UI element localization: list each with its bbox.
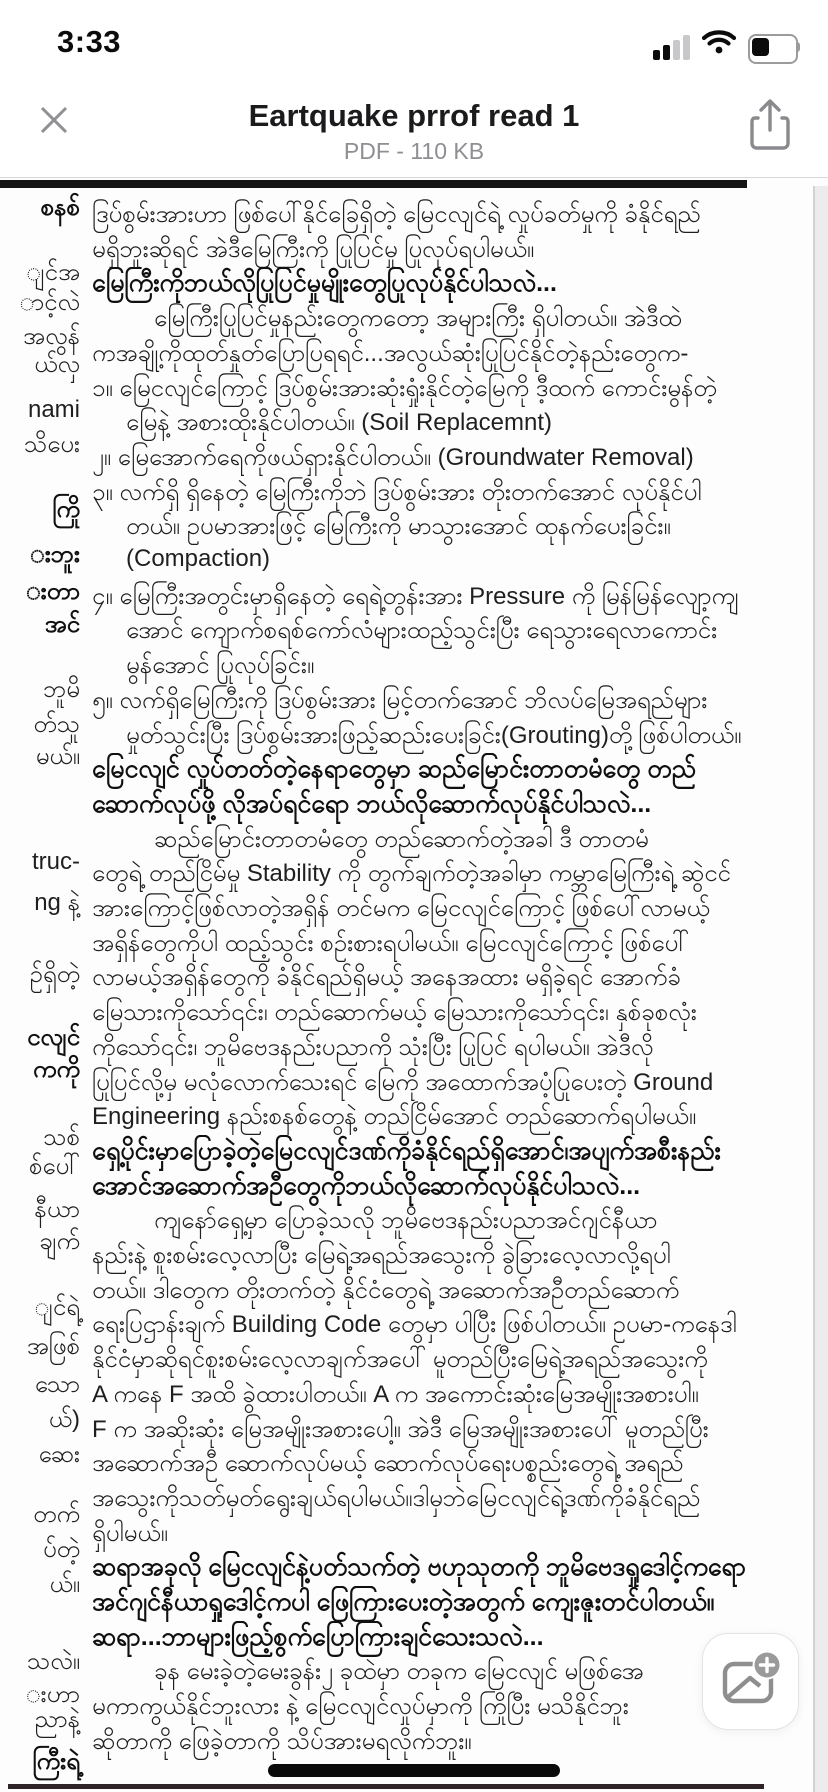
- left-edge-text-fragment: အင်: [0, 608, 80, 644]
- left-edge-text-fragment: ညာနဲ့: [0, 1703, 80, 1739]
- left-edge-text-fragment: ဆေး: [0, 1438, 80, 1474]
- text-line: မှုတ်သွင်းပြီး ဒြပ်စွမ်းအားဖြည့်ဆည်းပေးခ…: [126, 719, 741, 755]
- text-line: နိုင်ငံမှာဆိုရင်စူးစမ်းလေ့လာချက်အပေါ် မူ…: [92, 1343, 708, 1379]
- text-line: အသွေးကိုသတ်မှတ်ရွေးချယ်ရပါမယ်။ဒါမှဘဲမြေင…: [92, 1482, 700, 1518]
- text-line: အောင် ကျောက်စရစ်ကော်လံများထည့်သွင်းပြီး …: [126, 614, 717, 650]
- left-edge-text-fragment: နီယာ: [0, 1193, 80, 1229]
- left-edge-text-fragment: ချက်: [0, 1225, 80, 1261]
- page-bottom-edge: [8, 1784, 764, 1789]
- battery-icon: [748, 34, 800, 60]
- text-line: တွေရဲ့ တည်ငြိမ်မှု Stability ကို တွက်ချက…: [92, 857, 731, 893]
- left-edge-text-fragment: းတာ: [0, 575, 80, 611]
- text-line: ဆိုတာကို ဖြေခဲ့တာကို သိပ်အားမရလိုက်ဘူး။: [92, 1725, 472, 1761]
- text-line: မြေသားကိုသော်၎င်း၊ တည်ဆောက်မယ့် မြေသားကိ…: [92, 996, 697, 1032]
- text-line: မြေကြီးပြုပြင်မှုနည်းတွေကတော့ အများကြီး …: [154, 302, 682, 338]
- left-edge-text-fragment: ယ်။: [0, 1568, 80, 1604]
- text-line: တယ်။ ဒါတွေက တိုးတက်တဲ့ နိုင်ငံတွေရဲ့ အဆေ…: [92, 1274, 679, 1310]
- text-line: ၅။ လက်ရှိမြေကြီးကို ဒြပ်စွမ်းအား မြင့်တက…: [92, 684, 707, 720]
- text-line: အဆောက်အဦ ဆောက်လုပ်မယ့် ဆောက်လုပ်ရေးပစ္စည…: [92, 1447, 683, 1483]
- text-line: (Compaction): [126, 545, 270, 573]
- home-indicator[interactable]: [268, 1764, 560, 1777]
- text-line: ဆရာ...ဘာများဖြည့်စွက်ပြောကြားချင်သေးသလဲ.…: [92, 1621, 544, 1658]
- left-edge-text-fragment: သလဲ။: [0, 1645, 80, 1681]
- left-edge-text-fragment: ng နဲ့: [0, 886, 80, 922]
- left-edge-text-fragment: စနစ်: [0, 191, 80, 227]
- text-line: မြေငလျင် လှုပ်တတ်တဲ့နေရာတွေမှာ ဆည်မြောင်…: [92, 753, 696, 790]
- left-edge-text-fragment: ငလျင်: [0, 1021, 80, 1057]
- text-line: A ကနေ F အထိ ခွဲထားပါတယ်။ A က အကောင်းဆုံး…: [92, 1378, 699, 1414]
- left-edge-text-fragment: းဘူး: [0, 538, 80, 574]
- document-title: Eartquake prrof read 1: [0, 98, 828, 134]
- text-line: ပြုပြင်လို့မှ မလုံလောက်သေးရင် မြေကို အထေ…: [92, 1066, 713, 1102]
- page-top-edge: [0, 180, 747, 188]
- document-subtitle: PDF - 110 KB: [0, 138, 828, 165]
- text-line: ကျနော်ရှေ့မှာ ပြောခဲ့သလို ဘူမိဗေဒနည်းပညာ…: [154, 1204, 657, 1240]
- left-edge-text-fragment: သိပေး: [0, 428, 80, 464]
- page-right-margin: [815, 186, 828, 1792]
- text-line: တယ်။ ဥပမာအားဖြင့် မြေကြီးကို မာသွားအောင်…: [126, 510, 671, 546]
- pdf-page[interactable]: စနစ်ျင်အာင့်လဲအလွန်ယ်လှnamiသိပေးကြိုးဘူး…: [0, 178, 828, 1792]
- status-icons: [653, 30, 800, 60]
- left-edge-text-fragment: အဖြစ်: [0, 1330, 80, 1366]
- text-line: အားကြောင့်ဖြစ်လာတဲ့အရှိန် တင်မက မြေငလျင်…: [92, 892, 710, 928]
- text-line: ကအချို့ကိုထုတ်နှုတ်ပြောပြရရင်...အလွယ်ဆုံ…: [92, 337, 688, 373]
- left-edge-text-fragment: မယ်။: [0, 740, 80, 776]
- text-line: ၄။ မြေကြီးအတွင်းမှာရှိနေတဲ့ ရေရဲ့တွန်းအာ…: [92, 580, 739, 616]
- left-edge-text-fragment: တက်: [0, 1498, 80, 1534]
- text-line: ၁။ မြေငလျင်ကြောင့် ဒြပ်စွမ်းအားဆုံးရှုံး…: [92, 372, 717, 408]
- left-edge-text-fragment: ဘူမိ: [0, 673, 80, 709]
- left-edge-text-fragment: ာင့်လဲ: [0, 286, 80, 322]
- left-edge-text-fragment: ကြီးရဲ့: [0, 1745, 80, 1781]
- text-line: ဆည်မြောင်းတာတမံတွေ တည်ဆောက်တဲ့အခါ ဒီ တာတ…: [154, 823, 649, 859]
- text-line: ကိုသော်၎င်း၊ ဘူမိဗေဒနည်းပညာကို သုံးပြီး …: [92, 1031, 653, 1067]
- left-edge-text-fragment: သော: [0, 1368, 80, 1404]
- text-line: အင်ဂျင်နီယာရှုဒေါင့်ကပါ ဖြေကြားပေးတဲ့အတွ…: [92, 1586, 714, 1623]
- pdf-viewer-header: Eartquake prrof read 1 PDF - 110 KB: [0, 90, 828, 178]
- status-time: 3:33: [57, 24, 121, 60]
- text-line: ၂။ မြေအောက်ရေကိုဖယ်ရှားနိုင်ပါတယ်။ (Grou…: [92, 441, 694, 477]
- left-edge-text-fragment: ျင်ရဲ့: [0, 1291, 80, 1327]
- left-edge-text-fragment: တ်သူ: [0, 708, 80, 744]
- text-line: လာမယ့်အရှိန်တွေကို ခံနိုင်ရည်ရှိမယ့် အနေ…: [92, 961, 681, 997]
- text-line: မွန်အောင် ပြုလုပ်ခြင်း။: [126, 649, 314, 685]
- text-line: F က အဆိုးဆုံး မြေအမျိုးအစားပေါ့။ အဲဒီ မြ…: [92, 1413, 709, 1449]
- status-bar: 3:33: [0, 0, 828, 90]
- left-edge-text-fragment: nami: [0, 396, 80, 424]
- text-line: ခုန မေးခဲ့တဲ့မေးခွန်း၂ ခုထဲမှာ တခုက မြေင…: [154, 1655, 643, 1691]
- text-line: မကာကွယ်နိုင်ဘူးလား နဲ့ မြေငလျင်လှုပ်မှာက…: [92, 1690, 629, 1726]
- wifi-icon: [702, 29, 736, 60]
- left-edge-text-fragment: စ်ပေါ်: [0, 1150, 80, 1186]
- left-edge-text-fragment: ယ်လှ: [0, 348, 80, 384]
- share-button[interactable]: [748, 96, 796, 158]
- text-line: အောင်အဆောက်အဦတွေကိုဘယ်လိုဆောက်လုပ်နိုင်ပ…: [92, 1170, 640, 1207]
- text-line: Engineering နည်းစနစ်တွေနဲ့ တည်ငြိမ်အောင်…: [92, 1100, 696, 1136]
- text-line: ဒြပ်စွမ်းအားဟာ ဖြစ်ပေါ်နိုင်ခြေရှိတဲ့ မြ…: [92, 198, 701, 234]
- text-line: ရေးပြဌာန်းချက် Building Code တွေမှာ ပါပြ…: [92, 1308, 737, 1344]
- text-line: ဆောက်လုပ်ဖို့ လိုအပ်ရင်ရော ဘယ်လိုဆောက်လု…: [92, 788, 651, 825]
- text-line: နည်းနဲ့ စူးစမ်းလေ့လာပြီး မြေရဲ့အရည်အသွေး…: [92, 1239, 671, 1275]
- left-edge-text-fragment: ပ်တဲ့: [0, 1533, 80, 1569]
- left-edge-text-fragment: truc-: [0, 848, 80, 876]
- text-line: မြေနဲ့ အစားထိုးနိုင်ပါတယ်။ (Soil Replace…: [126, 406, 552, 442]
- compose-mail-plus-icon: [720, 1652, 782, 1711]
- left-edge-text-fragment: ယ်): [0, 1403, 80, 1439]
- cellular-signal-icon: [653, 34, 690, 60]
- compose-mail-button[interactable]: [702, 1633, 799, 1730]
- text-line: မရှိဘူးဆိုရင် အဲဒီမြေကြီးကို ပြုပြင်မှု …: [92, 233, 534, 269]
- text-line: အရှိန်တွေကိုပါ ထည့်သွင်း စဉ်းစားရပါမယ်။ …: [92, 927, 689, 963]
- left-edge-text-fragment: ဉ်ရှိတဲ့: [0, 958, 80, 994]
- left-edge-text-fragment: ကြို: [0, 493, 80, 529]
- text-line: ၃။ လက်ရှိ ရှိနေတဲ့ မြေကြီးကိုဘဲ ဒြပ်စွမ်…: [92, 476, 701, 512]
- text-line: ဆရာအခုလို မြေငလျင်နဲ့ပတ်သက်တဲ့ ဗဟုသုတကို…: [92, 1551, 746, 1588]
- text-line: ရှေ့ပိုင်းမှာပြောခဲ့တဲ့မြေငလျင်ဒဏ်ကိုခံန…: [92, 1135, 721, 1172]
- text-line: မြေကြီးကိုဘယ်လိုပြုပြင်မှုမျိုးတွေပြုလုပ…: [92, 267, 557, 304]
- text-line: ရှိပါမယ်။: [92, 1517, 168, 1553]
- left-edge-text-fragment: ကကို: [0, 1053, 80, 1089]
